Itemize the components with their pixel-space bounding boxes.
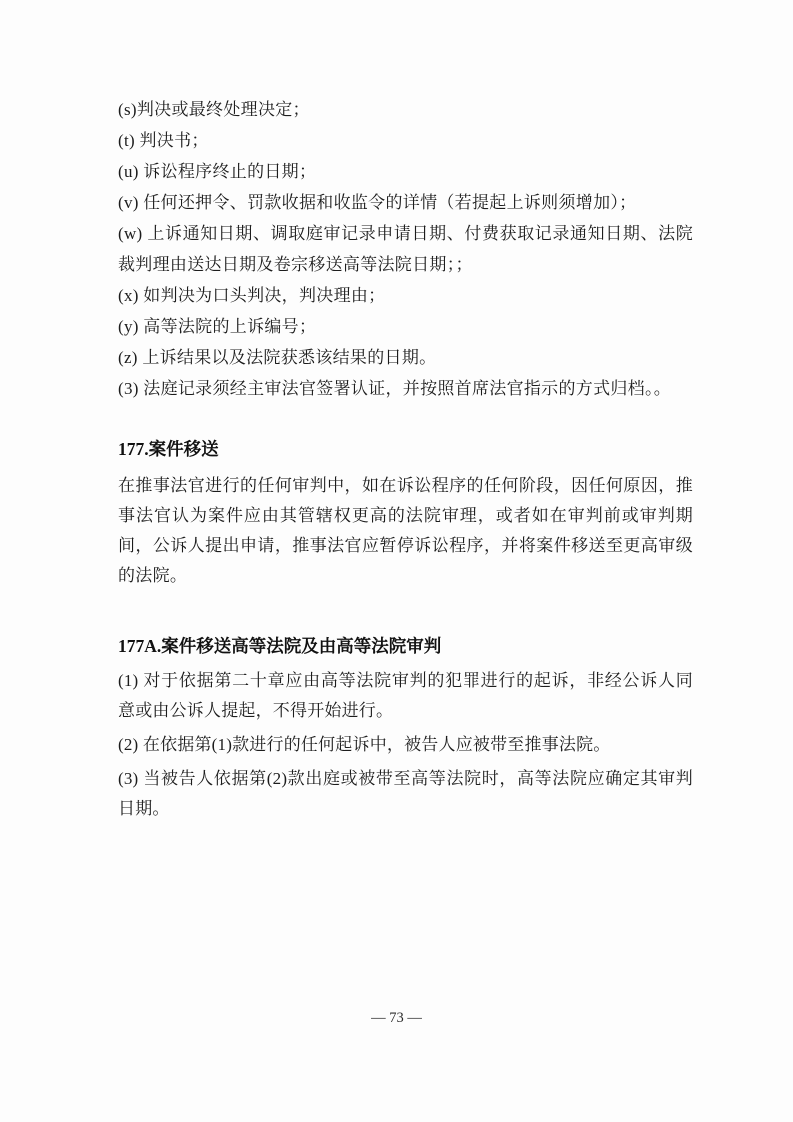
list-item: (s)判决或最终处理决定； (118, 94, 693, 125)
section-177-heading: 177.案件移送 (118, 434, 693, 465)
clause-list: (s)判决或最终处理决定； (t) 判决书； (u) 诉讼程序终止的日期； (v… (118, 94, 693, 404)
list-item: (3) 当被告人依据第(2)款出庭或被带至高等法院时，高等法院应确定其审判日期。 (118, 764, 693, 824)
list-item: (1) 对于依据第二十章应由高等法院审判的犯罪进行的起诉，非经公诉人同意或由公诉… (118, 666, 693, 726)
page-number: — 73 — (0, 1010, 793, 1027)
page-content: (s)判决或最终处理决定； (t) 判决书； (u) 诉讼程序终止的日期； (v… (118, 94, 693, 824)
list-item: (v) 任何还押令、罚款收据和收监令的详情（若提起上诉则须增加）； (118, 187, 693, 218)
document-page: (s)判决或最终处理决定； (t) 判决书； (u) 诉讼程序终止的日期； (v… (0, 0, 793, 1122)
list-item: (y) 高等法院的上诉编号； (118, 311, 693, 342)
list-item: (3) 法庭记录须经主审法官签署认证，并按照首席法官指示的方式归档。。 (118, 373, 693, 404)
list-item: (x) 如判决为口头判决，判决理由； (118, 280, 693, 311)
section-177a-heading: 177A.案件移送高等法院及由高等法院审判 (118, 631, 693, 662)
list-item: (t) 判决书； (118, 125, 693, 156)
list-item: (2) 在依据第(1)款进行的任何起诉中，被告人应被带至推事法院。 (118, 730, 693, 760)
section-177: 177.案件移送 在推事法官进行的任何审判中，如在诉讼程序的任何阶段，因任何原因… (118, 434, 693, 591)
list-item: (u) 诉讼程序终止的日期； (118, 156, 693, 187)
section-177a: 177A.案件移送高等法院及由高等法院审判 (1) 对于依据第二十章应由高等法院… (118, 631, 693, 824)
list-item: (z) 上诉结果以及法院获悉该结果的日期。 (118, 342, 693, 373)
section-177-body: 在推事法官进行的任何审判中，如在诉讼程序的任何阶段，因任何原因，推事法官认为案件… (118, 471, 693, 591)
list-item: (w) 上诉通知日期、调取庭审记录申请日期、付费获取记录通知日期、法院裁判理由送… (118, 218, 693, 280)
